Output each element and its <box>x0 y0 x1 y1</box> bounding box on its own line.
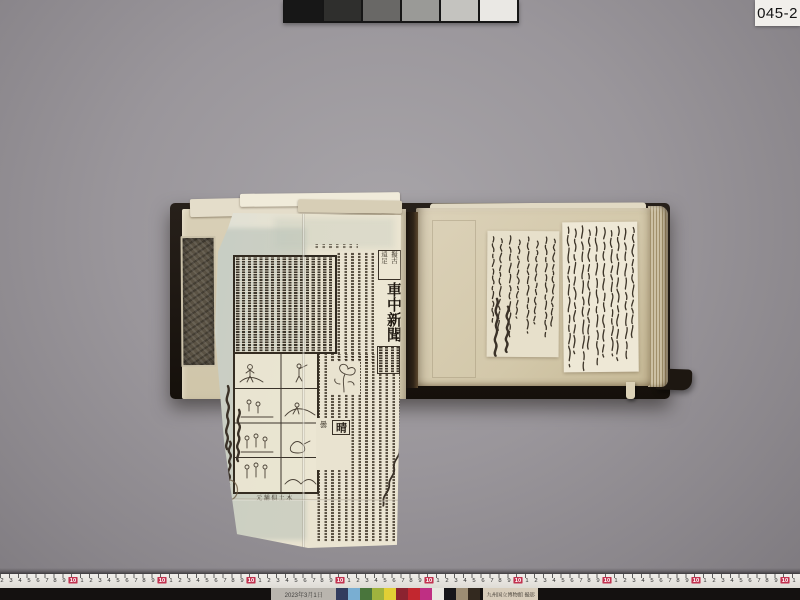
ruler-number: 4 <box>107 577 110 584</box>
ruler-number: 7 <box>134 577 137 584</box>
gray-step <box>402 0 441 21</box>
handwriting-columns <box>562 222 639 373</box>
ruler-number: 6 <box>303 577 306 584</box>
ruler-number: 10 <box>336 577 345 584</box>
ruler-number: 3 <box>632 577 635 584</box>
framed-article-box <box>233 255 337 354</box>
color-patch <box>360 588 372 600</box>
date-stamp-text: 2023年3月1日 <box>284 590 322 599</box>
newspaper-title: 車中新聞 <box>374 280 401 344</box>
slope-sketch <box>285 409 315 416</box>
printed-text-columns <box>336 252 376 364</box>
color-calibration-patches <box>336 588 480 600</box>
ruler-number: 6 <box>214 577 217 584</box>
gray-step <box>441 0 480 21</box>
ruler-number: 6 <box>570 577 573 584</box>
book-fore-edge-pages <box>648 206 668 387</box>
manuscript-slip-right <box>562 222 639 373</box>
ruler-number: 4 <box>374 577 377 584</box>
ruler-number: 10 <box>69 577 78 584</box>
ruler-number: 7 <box>579 577 582 584</box>
ruler-number: 9 <box>241 577 244 584</box>
ruler-number: 3 <box>187 577 190 584</box>
ruler-number: 8 <box>232 577 235 584</box>
ruler-number: 4 <box>196 577 199 584</box>
ruler-number: 1 <box>614 577 617 584</box>
ruler-number: 1 <box>436 577 439 584</box>
dark-rubbing-print <box>181 236 217 367</box>
ruler-number: 9 <box>508 577 511 584</box>
paper-tab-bottom <box>626 382 635 399</box>
ruler-number: 10 <box>781 577 790 584</box>
gray-step <box>363 0 402 21</box>
ruler-number: 5 <box>205 577 208 584</box>
ruler-number: 1 <box>703 577 706 584</box>
color-patch <box>468 588 480 600</box>
ruler-number: 6 <box>659 577 662 584</box>
color-patch <box>432 588 444 600</box>
ruler-number: 3 <box>276 577 279 584</box>
ruler-number: 7 <box>45 577 48 584</box>
ruler-number: 5 <box>116 577 119 584</box>
grayscale-calibration-bar <box>283 0 519 23</box>
gray-step <box>285 0 324 21</box>
ruler-number: 10 <box>425 577 434 584</box>
ruler-number: 7 <box>401 577 404 584</box>
ruler-number: 7 <box>223 577 226 584</box>
hills-sketch <box>285 480 316 485</box>
header-tag: 遠足 <box>381 251 388 273</box>
ruler-number: 8 <box>143 577 146 584</box>
ruler-number: 9 <box>63 577 66 584</box>
ruler-number: 4 <box>285 577 288 584</box>
ruler-number: 2 <box>0 577 3 584</box>
ruler-number: 10 <box>692 577 701 584</box>
ruler-number: 4 <box>641 577 644 584</box>
museum-credit-plate: 九州国立博物館 撮影 <box>483 588 538 600</box>
weather-term: 曇 <box>318 421 328 428</box>
ruler-number: 6 <box>748 577 751 584</box>
handwriting-columns <box>487 231 560 357</box>
page-show-through <box>432 220 476 378</box>
ruler-number: 3 <box>98 577 101 584</box>
color-patch <box>372 588 384 600</box>
flower-illustration <box>328 362 360 394</box>
gray-step <box>480 0 517 21</box>
ruler-number: 8 <box>588 577 591 584</box>
ruler-number: 7 <box>312 577 315 584</box>
dense-print <box>378 347 399 373</box>
ruler-number: 7 <box>490 577 493 584</box>
ruler-number: 2 <box>445 577 448 584</box>
ruler-number: 7 <box>668 577 671 584</box>
ruler-number: 6 <box>481 577 484 584</box>
ruler-number: 1 <box>80 577 83 584</box>
header-tag: 擬古 <box>391 251 398 273</box>
ruler-number: 4 <box>18 577 21 584</box>
color-patch <box>396 588 408 600</box>
photo-id-label: 045-2 <box>755 0 800 26</box>
ruler-number: 2 <box>89 577 92 584</box>
ruler-number: 9 <box>152 577 155 584</box>
ruler-number: 4 <box>463 577 466 584</box>
ruler-number: 10 <box>603 577 612 584</box>
ruler-number: 5 <box>383 577 386 584</box>
museum-credit-text: 九州国立博物館 撮影 <box>486 590 534 598</box>
signature-strokes <box>495 299 509 356</box>
ruler-number: 9 <box>686 577 689 584</box>
ruler-number: 2 <box>267 577 270 584</box>
brush-annotation <box>216 382 252 506</box>
ruler-number: 5 <box>27 577 30 584</box>
ruler-number: 3 <box>543 577 546 584</box>
ruler-number: 2 <box>534 577 537 584</box>
ruler-number: 8 <box>54 577 57 584</box>
ruler-number: 6 <box>36 577 39 584</box>
color-patch <box>420 588 432 600</box>
ruler-number: 3 <box>721 577 724 584</box>
rubbing-texture <box>183 238 215 365</box>
ruler-number: 9 <box>775 577 778 584</box>
color-patch <box>336 588 348 600</box>
ruler-number: 2 <box>178 577 181 584</box>
manuscript-slip-left <box>487 231 560 357</box>
article-header-tags: 擬古 遠足 <box>378 250 401 280</box>
ruler-numbers: 2345678910123456789101234567891012345678… <box>0 574 800 588</box>
weather-term: 晴 <box>332 420 350 435</box>
ruler-number: 1 <box>525 577 528 584</box>
ruler-number: 7 <box>757 577 760 584</box>
ruler-number: 6 <box>125 577 128 584</box>
ruler-number: 2 <box>712 577 715 584</box>
ruler-number: 10 <box>247 577 256 584</box>
ruler-number: 1 <box>347 577 350 584</box>
color-patch <box>348 588 360 600</box>
ruler-number: 9 <box>597 577 600 584</box>
ruler-number: 9 <box>419 577 422 584</box>
color-patch <box>456 588 468 600</box>
ruler-number: 4 <box>730 577 733 584</box>
date-stamp-plate: 2023年3月1日 <box>271 588 336 600</box>
ruler-number: 8 <box>766 577 769 584</box>
ruler-number: 8 <box>321 577 324 584</box>
ruler-number: 3 <box>9 577 12 584</box>
ruler-number: 2 <box>623 577 626 584</box>
ruler-number: 5 <box>739 577 742 584</box>
ruler-number: 3 <box>365 577 368 584</box>
margin-print <box>314 244 358 249</box>
ruler-number: 8 <box>677 577 680 584</box>
dense-print <box>235 257 335 352</box>
ruler-number: 1 <box>792 577 795 584</box>
ruler-number: 8 <box>499 577 502 584</box>
pot-sketch <box>290 441 310 453</box>
color-patch <box>444 588 456 600</box>
ruler-number: 5 <box>472 577 475 584</box>
ruler-number: 2 <box>356 577 359 584</box>
ruler-number: 8 <box>410 577 413 584</box>
color-patch <box>384 588 396 600</box>
ruler-number: 5 <box>561 577 564 584</box>
ruler-number: 1 <box>258 577 261 584</box>
ruler-number: 4 <box>552 577 555 584</box>
ruler-number: 3 <box>454 577 457 584</box>
loose-sheet-edge <box>298 199 402 213</box>
ruler-number: 5 <box>650 577 653 584</box>
ruler-number: 5 <box>294 577 297 584</box>
photo-id-text: 045-2 <box>757 5 798 22</box>
color-patch <box>408 588 420 600</box>
ruler-number: 9 <box>330 577 333 584</box>
ruler-number: 1 <box>169 577 172 584</box>
ruler-number: 10 <box>514 577 523 584</box>
inserted-newspaper-sheet: 擬古 遠足 車中新聞 曇 晴 元舗倶土木 <box>214 212 404 550</box>
gray-step <box>324 0 363 21</box>
colophon-box <box>377 346 400 374</box>
ruler-number: 6 <box>392 577 395 584</box>
cm-ruler: 2345678910123456789101234567891012345678… <box>0 574 800 588</box>
ruler-number: 10 <box>158 577 167 584</box>
archival-photo-stage: 045-2 <box>0 0 800 600</box>
weather-report: 曇 晴 <box>316 418 350 470</box>
collector-seal <box>221 480 238 500</box>
